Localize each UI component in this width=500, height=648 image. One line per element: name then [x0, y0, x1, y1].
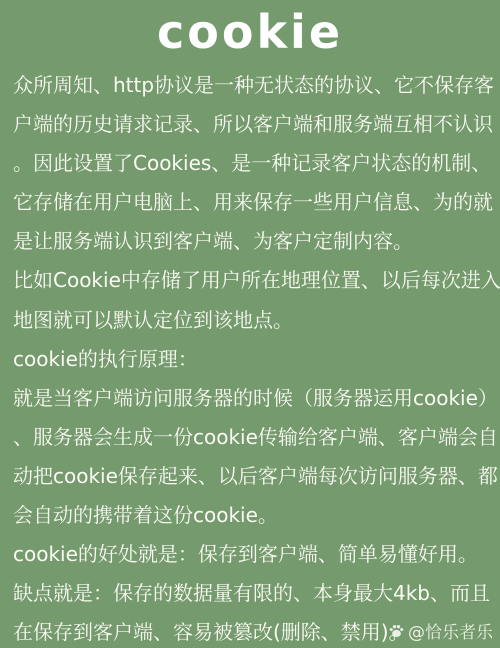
text-line: 缺点就是：保存的数据量有限的、本身最大4kb、而且	[13, 574, 492, 613]
body-text: 众所周知、http协议是一种无状态的协议、它不保存客 户端的历史请求记录、所以客…	[13, 66, 492, 648]
text-line: 。因此设置了Cookies、是一种记录客户状态的机制、	[13, 144, 492, 183]
text-line: cookie的执行原理：	[13, 340, 492, 379]
poster: cookie 众所周知、http协议是一种无状态的协议、它不保存客 户端的历史请…	[0, 0, 500, 648]
watermark-handle: @恰乐者乐	[408, 618, 493, 643]
text-line: 户端的历史请求记录、所以客户端和服务端互相不认识	[13, 105, 492, 144]
text-line: 它存储在用户电脑上、用来保存一些用户信息、为的就	[13, 183, 492, 222]
page-title: cookie	[0, 2, 500, 62]
text-line: 地图就可以默认定位到该地点。	[13, 301, 492, 340]
text-line: 就是当客户端访问服务器的时候（服务器运用cookie）	[13, 379, 492, 418]
paw-icon	[388, 622, 405, 639]
text-line: 比如Cookie中存储了用户所在地理位置、以后每次进入	[13, 261, 492, 300]
text-line: 、服务器会生成一份cookie传输给客户端、客户端会自	[13, 418, 492, 457]
text-line: cookie的好处就是：保存到客户端、简单易懂好用。	[13, 535, 492, 574]
text-line: 是让服务端认识到客户端、为客户定制内容。	[13, 222, 492, 261]
watermark: @恰乐者乐	[388, 618, 493, 643]
text-line: 众所周知、http协议是一种无状态的协议、它不保存客	[13, 66, 492, 105]
text-line: 会自动的携带着这份cookie。	[13, 496, 492, 535]
text-line: 动把cookie保存起来、以后客户端每次访问服务器、都	[13, 457, 492, 496]
